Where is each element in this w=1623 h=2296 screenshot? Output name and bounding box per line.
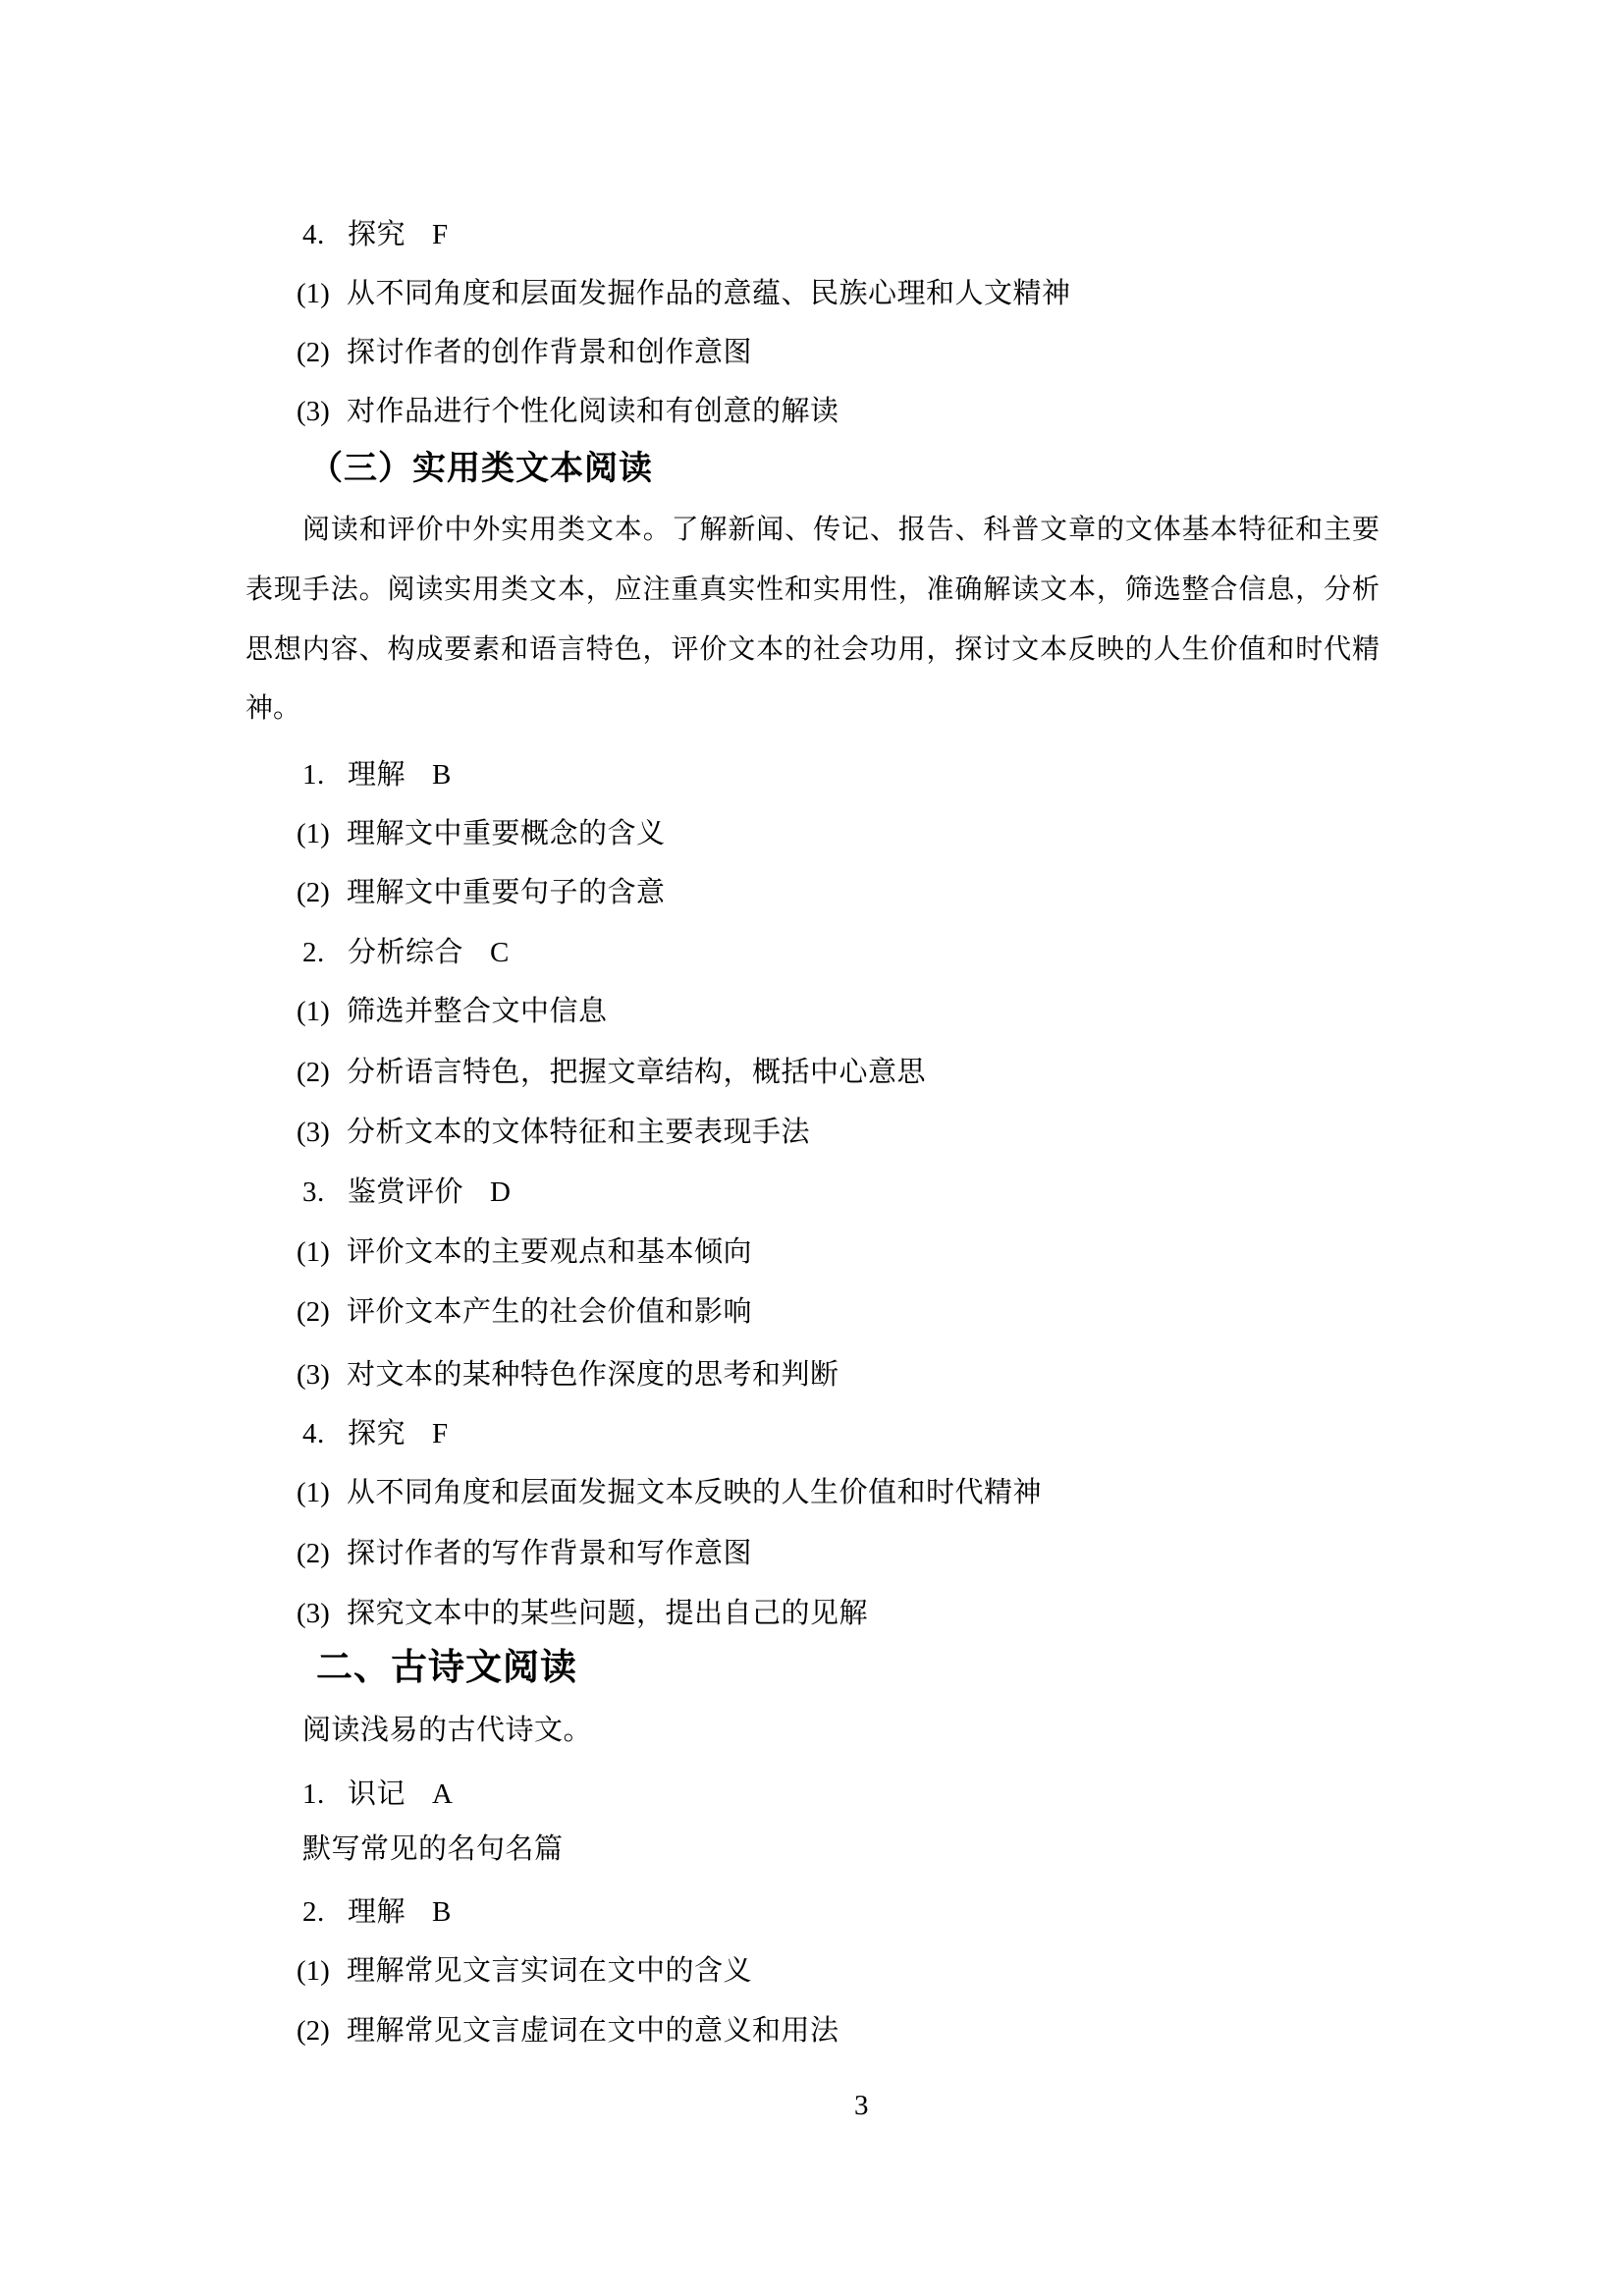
sub-item-line: (1)评价文本的主要观点和基本倾向 <box>297 1236 752 1270</box>
item-line: 3.鉴赏评价D <box>302 1176 511 1210</box>
section-heading-practical: （三）实用类文本阅读 <box>309 450 653 488</box>
sub-item-line: (2)理解常见文言虚词在文中的意义和用法 <box>297 2015 839 2049</box>
sub-item-line: (1)理解常见文言实词在文中的含义 <box>297 1955 752 1989</box>
sub-item-number: (1) <box>297 1955 347 1989</box>
item-label: 探究 <box>348 1418 406 1449</box>
sub-item-number: (2) <box>297 1296 347 1330</box>
sub-item-number: (3) <box>297 1359 347 1393</box>
sub-item-text: 探讨作者的创作背景和创作意图 <box>347 337 752 368</box>
item-number: 1. <box>302 1778 348 1812</box>
sub-item-text: 评价文本产生的社会价值和影响 <box>347 1296 752 1328</box>
note-line: 默写常见的名句名篇 <box>302 1833 564 1867</box>
intro-line: 阅读浅易的古代诗文。 <box>302 1715 592 1748</box>
sub-item-text: 分析文本的文体特征和主要表现手法 <box>347 1117 810 1148</box>
item-label: 分析综合 <box>348 937 463 968</box>
sub-item-number: (2) <box>297 877 347 910</box>
sub-item-text: 探讨作者的写作背景和写作意图 <box>347 1538 752 1569</box>
sub-item-line: (1)从不同角度和层面发掘文本反映的人生价值和时代精神 <box>297 1477 1042 1510</box>
ability-grade: C <box>490 937 510 968</box>
paragraph-line: 阅读和评价中外实用类文本。了解新闻、传记、报告、科普文章的文体基本特征和主要 <box>245 515 1380 546</box>
document-page: 4.探究F (1)从不同角度和层面发掘作品的意蕴、民族心理和人文精神 (2)探讨… <box>0 0 1623 2296</box>
paragraph-line: 神。 <box>245 693 1380 725</box>
sub-item-text: 理解常见文言实词在文中的含义 <box>347 1955 752 1987</box>
sub-item-text: 对作品进行个性化阅读和有创意的解读 <box>347 396 839 427</box>
item-line: 2.理解B <box>302 1896 452 1930</box>
item-label: 理解 <box>348 1896 406 1928</box>
sub-item-number: (1) <box>297 278 347 311</box>
section-heading-classical: 二、古诗文阅读 <box>316 1647 577 1689</box>
item-line: 1.理解B <box>302 759 452 793</box>
sub-item-number: (3) <box>297 396 347 429</box>
sub-item-line: (3)分析文本的文体特征和主要表现手法 <box>297 1117 810 1150</box>
sub-item-number: (2) <box>297 2015 347 2049</box>
sub-item-number: (3) <box>297 1117 347 1150</box>
paragraph-line: 思想内容、构成要素和语言特色，评价文本的社会功用，探讨文本反映的人生价值和时代精 <box>245 634 1380 666</box>
item-label: 理解 <box>348 759 406 791</box>
sub-item-text: 分析语言特色，把握文章结构，概括中心意思 <box>347 1057 926 1088</box>
ability-grade: F <box>432 1418 449 1449</box>
item-line: 4.探究F <box>302 1418 449 1451</box>
sub-item-line: (1)理解文中重要概念的含义 <box>297 818 666 851</box>
sub-item-number: (3) <box>297 1598 347 1631</box>
ability-grade: D <box>490 1176 511 1208</box>
sub-item-text: 探究文本中的某些问题，提出自己的见解 <box>347 1598 868 1629</box>
sub-item-number: (1) <box>297 1236 347 1270</box>
ability-grade: F <box>432 219 449 250</box>
sub-item-line: (3)对作品进行个性化阅读和有创意的解读 <box>297 396 839 429</box>
item-line: 4.探究F <box>302 219 449 252</box>
paragraph-line: 表现手法。阅读实用类文本，应注重真实性和实用性，准确解读文本，筛选整合信息，分析 <box>245 574 1380 606</box>
sub-item-line: (1)筛选并整合文中信息 <box>297 996 608 1029</box>
item-number: 4. <box>302 219 348 252</box>
item-label: 识记 <box>348 1778 406 1810</box>
item-label: 探究 <box>348 219 406 250</box>
sub-item-number: (1) <box>297 1477 347 1510</box>
sub-item-text: 筛选并整合文中信息 <box>347 996 608 1027</box>
sub-item-text: 从不同角度和层面发掘作品的意蕴、民族心理和人文精神 <box>347 278 1071 309</box>
sub-item-line: (2)分析语言特色，把握文章结构，概括中心意思 <box>297 1057 926 1090</box>
ability-grade: A <box>432 1778 453 1810</box>
sub-item-text: 理解文中重要概念的含义 <box>347 818 666 849</box>
sub-item-line: (2)探讨作者的写作背景和写作意图 <box>297 1538 752 1571</box>
item-number: 2. <box>302 937 348 970</box>
item-number: 3. <box>302 1176 348 1210</box>
item-label: 鉴赏评价 <box>348 1176 463 1208</box>
sub-item-text: 评价文本的主要观点和基本倾向 <box>347 1236 752 1268</box>
item-number: 4. <box>302 1418 348 1451</box>
sub-item-text: 从不同角度和层面发掘文本反映的人生价值和时代精神 <box>347 1477 1042 1508</box>
sub-item-text: 理解文中重要句子的含意 <box>347 877 666 908</box>
item-number: 2. <box>302 1896 348 1930</box>
item-number: 1. <box>302 759 348 793</box>
item-line: 2.分析综合C <box>302 937 510 970</box>
sub-item-line: (2)理解文中重要句子的含意 <box>297 877 666 910</box>
sub-item-line: (2)评价文本产生的社会价值和影响 <box>297 1296 752 1330</box>
sub-item-line: (3)探究文本中的某些问题，提出自己的见解 <box>297 1598 868 1631</box>
ability-grade: B <box>432 759 452 791</box>
sub-item-number: (2) <box>297 1538 347 1571</box>
sub-item-number: (2) <box>297 337 347 370</box>
item-line: 1.识记A <box>302 1778 453 1812</box>
page-number: 3 <box>245 2090 1429 2123</box>
sub-item-text: 理解常见文言虚词在文中的意义和用法 <box>347 2015 839 2047</box>
sub-item-text: 对文本的某种特色作深度的思考和判断 <box>347 1359 839 1391</box>
sub-item-line: (3)对文本的某种特色作深度的思考和判断 <box>297 1359 839 1393</box>
sub-item-number: (1) <box>297 996 347 1029</box>
sub-item-line: (2)探讨作者的创作背景和创作意图 <box>297 337 752 370</box>
sub-item-number: (2) <box>297 1057 347 1090</box>
sub-item-number: (1) <box>297 818 347 851</box>
ability-grade: B <box>432 1896 452 1928</box>
sub-item-line: (1)从不同角度和层面发掘作品的意蕴、民族心理和人文精神 <box>297 278 1071 311</box>
